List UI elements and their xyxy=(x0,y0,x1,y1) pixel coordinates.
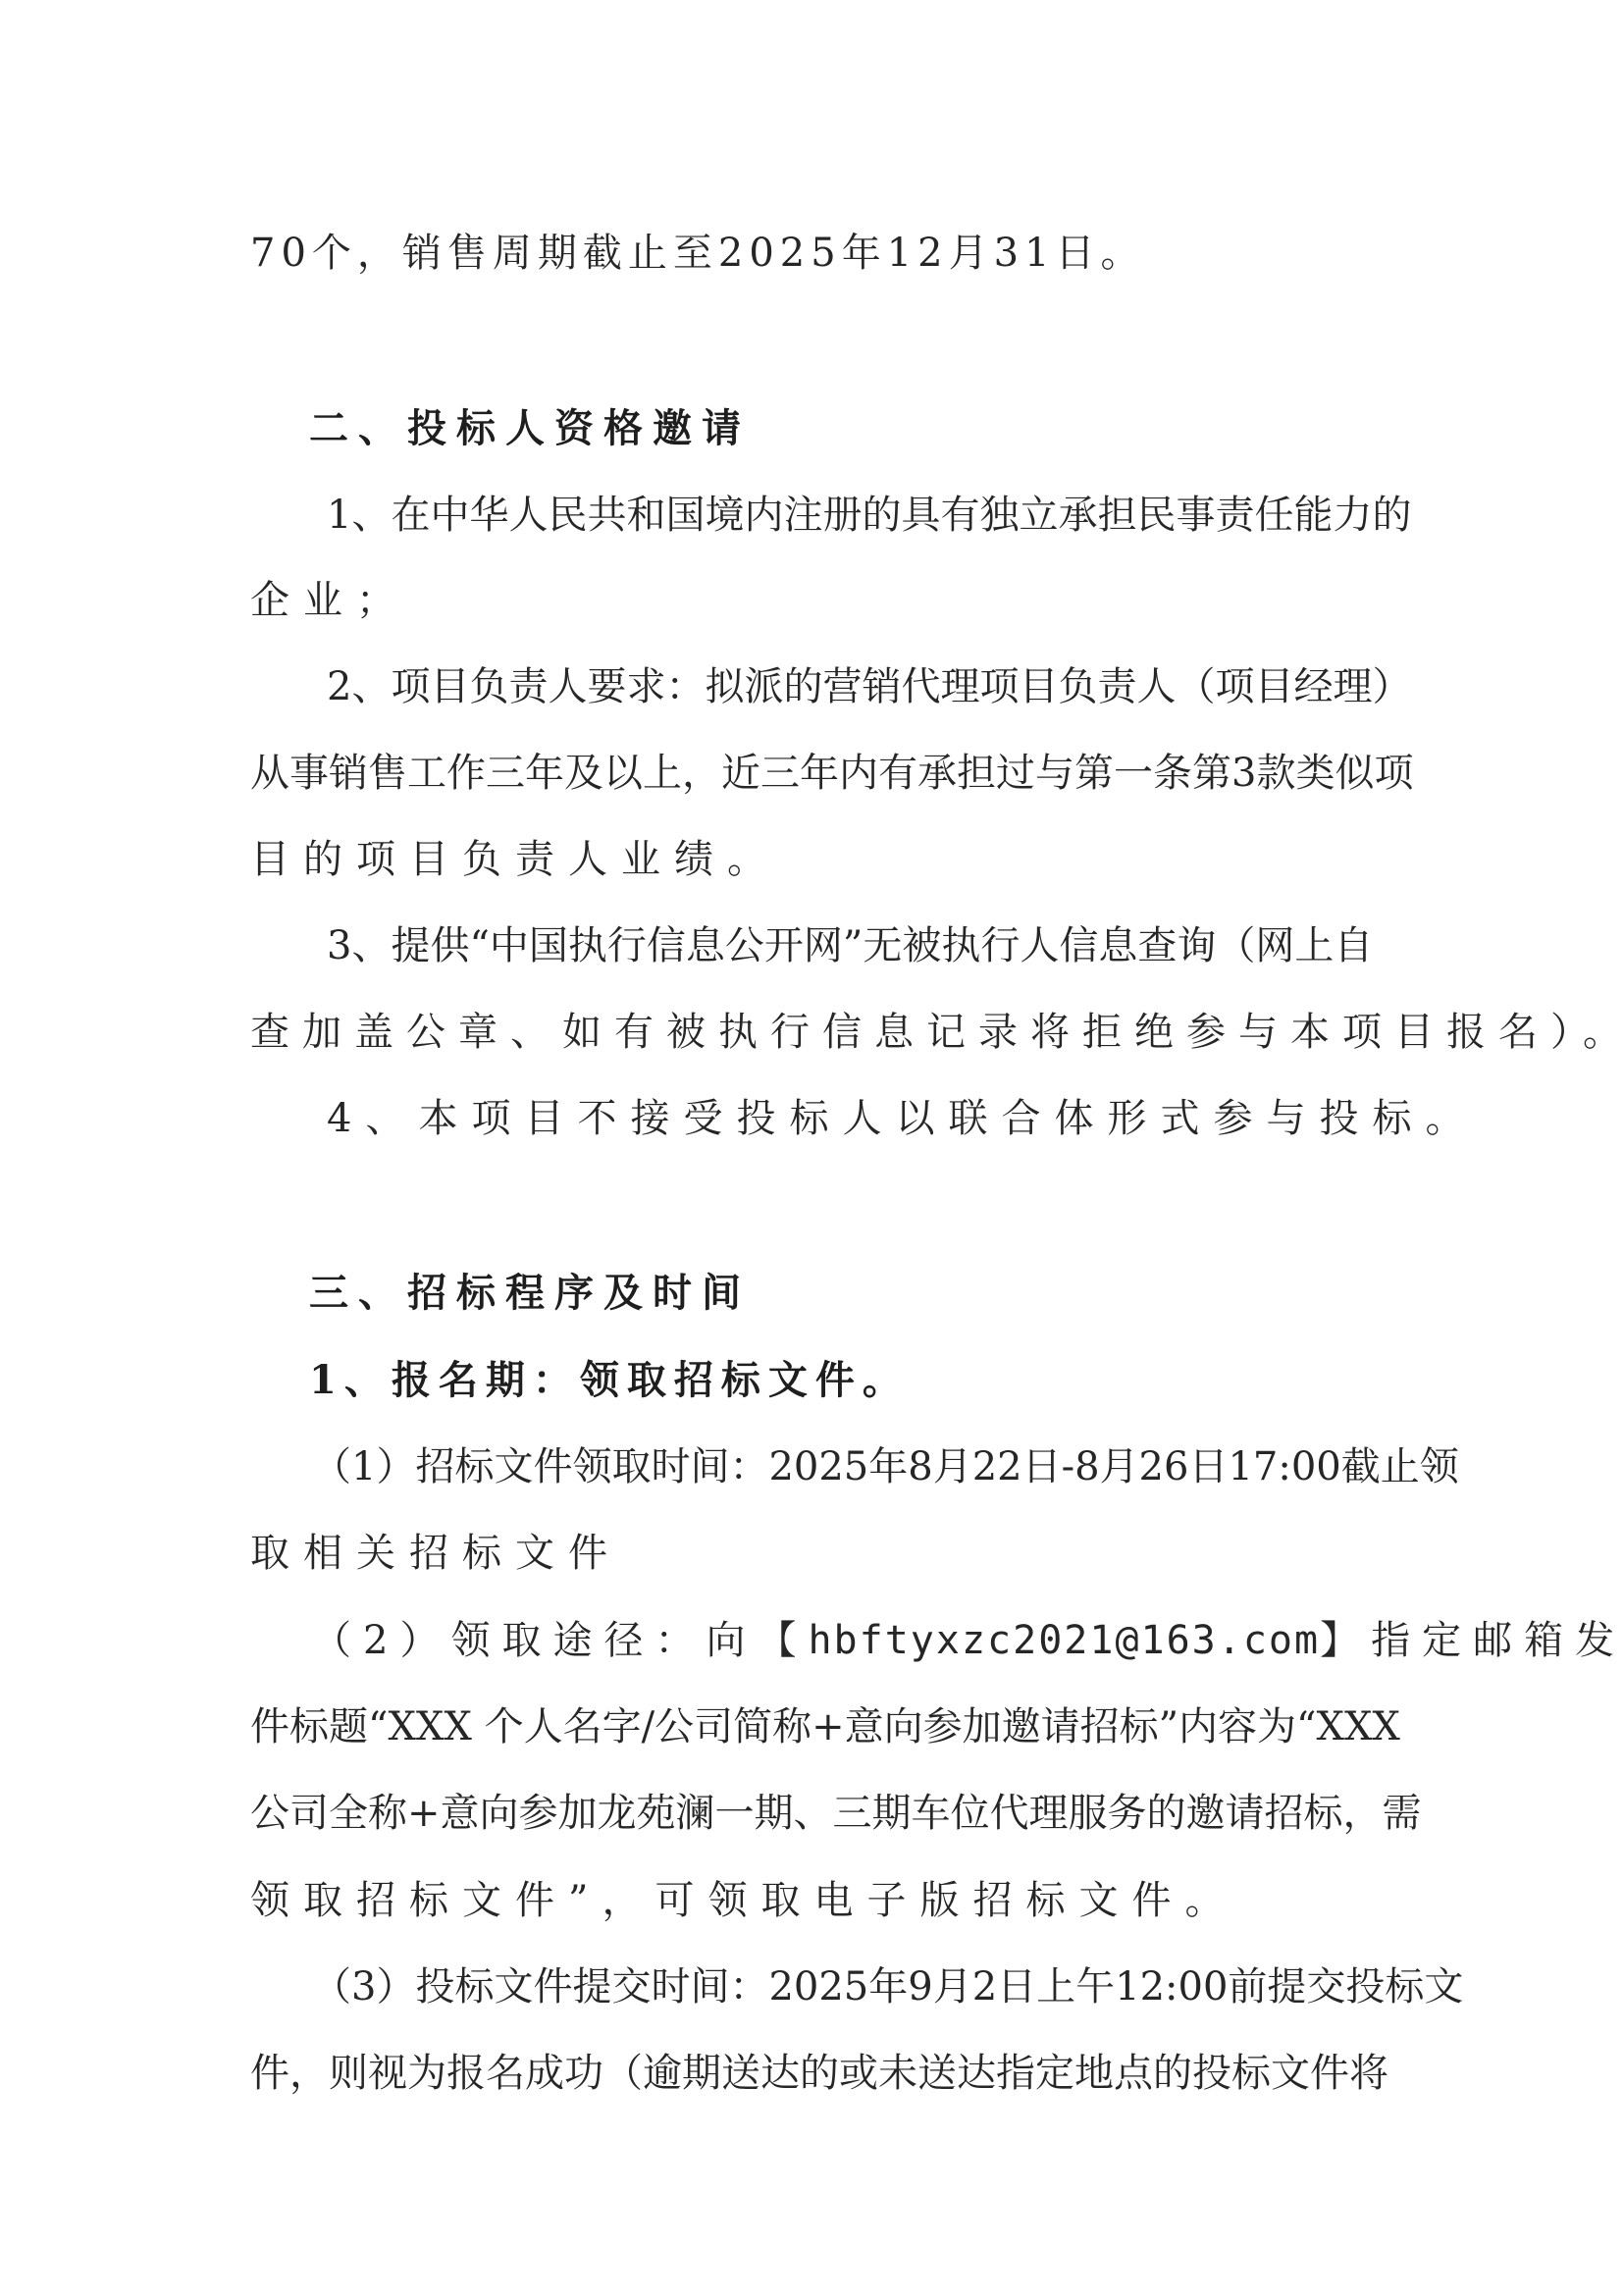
section-heading-qualifications: 二、投标人资格邀请 xyxy=(309,399,751,458)
qualification-item-1-cont: 企业； xyxy=(250,571,1369,630)
qualification-item-2-end: 目的项目负责人业绩。 xyxy=(250,830,1369,889)
procedure-item-1: （1）招标文件领取时间：2025年8月22日-8月26日17:00截止领 xyxy=(312,1437,1369,1496)
procedure-item-1-cont: 取相关招标文件 xyxy=(250,1524,1369,1583)
procedure-item-3-cont: 件，则视为报名成功（逾期送达的或未送达指定地点的投标文件将 xyxy=(250,2044,1369,2103)
email-link[interactable]: hbftyxzc2021@163.com xyxy=(808,1611,1320,1670)
qualification-item-2-cont: 从事销售工作三年及以上，近三年内有承担过与第一条第3款类似项 xyxy=(250,744,1369,803)
procedure-item-2: （2）领取途径：向【 hbftyxzc2021@163.com 】指定邮箱发送邮 xyxy=(312,1611,1369,1670)
qualification-item-4: 4、本项目不接受投标人以联合体形式参与投标。 xyxy=(327,1089,1369,1148)
procedure-item-2-tail: 】指定邮箱发送邮 xyxy=(1320,1611,1623,1670)
procedure-item-2-label: （2）领取途径：向【 xyxy=(312,1611,808,1670)
paragraph-line: 70个，销售周期截止至2025年12月31日。 xyxy=(250,224,1369,283)
section-heading-procedure: 三、招标程序及时间 xyxy=(309,1264,751,1323)
qualification-item-3-cont: 查加盖公章、如有被执行信息记录将拒绝参与本项目报名）。 xyxy=(250,1003,1369,1062)
procedure-item-2-cont2: 公司全称+意向参加龙苑澜一期、三期车位代理服务的邀请招标，需 xyxy=(250,1784,1369,1843)
qualification-item-3: 3、提供“中国执行信息公开网”无被执行人信息查询（网上自 xyxy=(327,916,1369,975)
document-page: 70个，销售周期截止至2025年12月31日。 二、投标人资格邀请 1、在中华人… xyxy=(0,0,1623,2296)
qualification-item-2: 2、项目负责人要求：拟派的营销代理项目负责人（项目经理） xyxy=(327,657,1369,716)
subheading-registration: 1、报名期：领取招标文件。 xyxy=(309,1351,910,1410)
procedure-item-2-end: 领取招标文件”，可领取电子版招标文件。 xyxy=(250,1871,1369,1930)
qualification-item-1: 1、在中华人民共和国境内注册的具有独立承担民事责任能力的 xyxy=(327,486,1369,545)
procedure-item-2-cont: 件标题“XXX 个人名字/公司简称+意向参加邀请招标”内容为“XXX xyxy=(250,1697,1369,1756)
procedure-item-3: （3）投标文件提交时间：2025年9月2日上午12:00前提交投标文 xyxy=(312,1957,1369,2016)
